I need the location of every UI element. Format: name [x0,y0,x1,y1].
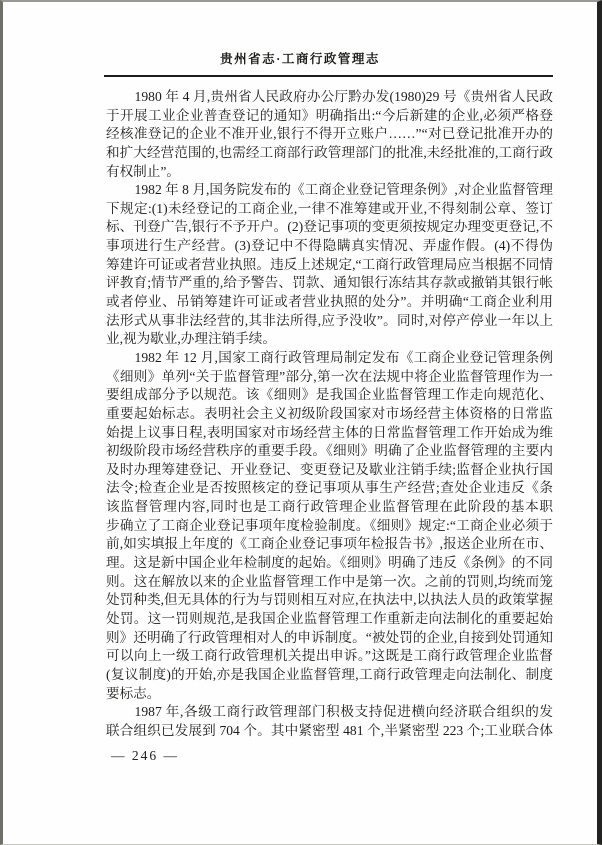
text-line: 下规定:(1)未经登记的工商企业,一律不准筹建或开业,不得刻制公章、签订合同、注… [106,200,553,219]
paragraph: 1980 年 4 月,贵州省人民政府办公厅黔办发(1980)29 号《贵州省人民… [106,88,553,181]
text-line: 要组成部分予以规范。该《细则》是我国企业监督管理工作走向规范化、制度化、法制化的 [106,386,553,405]
text-line: 有权制止”。 [106,163,553,182]
text-line: 步确立了工商企业登记事项年度检验制度。《细则》规定:“工商企业必须于每年 2 月… [106,517,553,536]
text-line: 法形式从事非法经营的,其非法所得,应予没收”。同时,对停产停业一年以上的工商企 [106,312,553,331]
text-line: 《细则》单列“关于监督管理”部分,第一次在法规中将企业监督管理作为一相对独立的重 [106,368,553,387]
text-line: 重要起始标志。表明社会主义初级阶段国家对市场经营主体资格的日常监督管理工作开 [106,405,553,424]
header-rule-divider [104,75,553,77]
scanned-book-page: 贵州省志·工商行政管理志 1980 年 4 月,贵州省人民政府办公厅黔办发(19… [0,0,602,845]
text-line: 和扩大经营范围的,也需经工商部行政管理部门的批准,未经批准的,工商行政管理部门 [106,144,553,163]
text-line: 筹建许可证或者营业执照。违反上述规定,“工商行政管理局应当根据不同情况,给予批 [106,256,553,275]
text-line: 前,如实填报上年度的《工商企业登记事项年检报告书》,报送企业所在市、县工商行政管 [106,535,553,554]
text-line: 联合组织已发展到 704 个。其中紧密型 481 个,半紧密型 223 个;工业… [106,722,553,741]
text-line: 处罚。这一罚则规范,是我国企业监督管理工作重新走向法制化的重要起始标志。《细 [106,610,553,629]
text-line: 要标志。 [106,685,553,704]
paragraph: 1982 年 8 月,国务院发布的《工商企业登记管理条例》,对企业监督管理工作作… [106,181,553,349]
text-line: 则。这在解放以来的企业监督管理工作中是第一次。之前的罚则,均统而笼之规定几类 [106,573,553,592]
text-line: 始提上议事日程,表明国家对市场经营主体的日常监督管理工作开始成为维护社会主义 [106,424,553,443]
text-line: 该监督管理内容,同时也是工商行政管理企业监督管理在此阶段的基本职责。《细则》初 [106,498,553,517]
body-text: 1980 年 4 月,贵州省人民政府办公厅黔办发(1980)29 号《贵州省人民… [106,88,553,740]
text-line: 初级阶段市场经营秩序的重要手段。《细则》明确了企业监督管理的主要内容:“督促企业 [106,442,553,461]
text-line: (复议制度)的开始,亦是我国企业监督管理,工商行政管理走向法制化、制度化的又一重 [106,666,553,685]
text-line: 1987 年,各级工商行政管理部门积极支持促进横向经济联合组织的发展。全省经济 [106,703,553,722]
text-line: 或者停业、吊销筹建许可证或者营业执照的处分”。并明确“工商企业利用营业执照为合 [106,293,553,312]
paragraph: 1982 年 12 月,国家工商行政管理局制定发布《工商企业登记管理条例施行细则… [106,349,553,703]
text-line: 经核准登记的企业不准开业,银行不得开立账户……”“对已登记批准开办的企业,要改变 [106,125,553,144]
text-line: 标、刊登广告,银行不予开户。(2)登记事项的变更须按规定办理变更登记,不得违反登… [106,218,553,237]
text-line: 处罚种类,但无具体的行为与罚则相互对应,在执法中,以执法人员的政策掌握水平确定 [106,591,553,610]
text-line: 可以向上一级工商行政管理机关提出申诉。”这既是工商行政管理企业监督管理行政制度 [106,647,553,666]
text-line: 理。这是新中国企业年检制度的起始。《细则》明确了违反《条例》的不同行为的具体罚 [106,554,553,573]
text-line: 及时办理筹建登记、开业登记、变更登记及歇业注销手续;监督企业执行国家的有关政策、 [106,461,553,480]
text-line: 业,视为歇业,办理注销手续。 [106,330,553,349]
text-line: 评教育;情节严重的,给予警告、罚款、通知银行冻结其存款或撤销其银行帐户、勒令停办 [106,274,553,293]
text-line: 法令;检查企业是否按照核定的登记事项从事生产经营;查处企业违反《条例》的行为”。 [106,479,553,498]
text-line: 1982 年 8 月,国务院发布的《工商企业登记管理条例》,对企业监督管理工作作… [106,181,553,200]
text-line: 1982 年 12 月,国家工商行政管理局制定发布《工商企业登记管理条例施行细则… [106,349,553,368]
page-header-title: 贵州省志·工商行政管理志 [3,49,597,67]
paragraph: 1987 年,各级工商行政管理部门积极支持促进横向经济联合组织的发展。全省经济 … [106,703,553,740]
text-line: 则》还明确了行政管理相对人的申诉制度。“被处罚的企业,自接到处罚通知后 15 天… [106,629,553,648]
text-line: 于开展工业企业普查登记的通知》明确指出:“今后新建的企业,必须严格登记管理……未 [106,107,553,126]
page-number: — 246 — [111,748,179,764]
text-line: 事项进行生产经营。(3)登记中不得隐瞒真实情况、弄虚作假。(4)不得伪造、涂改、… [106,237,553,256]
text-line: 1980 年 4 月,贵州省人民政府办公厅黔办发(1980)29 号《贵州省人民… [106,88,553,107]
